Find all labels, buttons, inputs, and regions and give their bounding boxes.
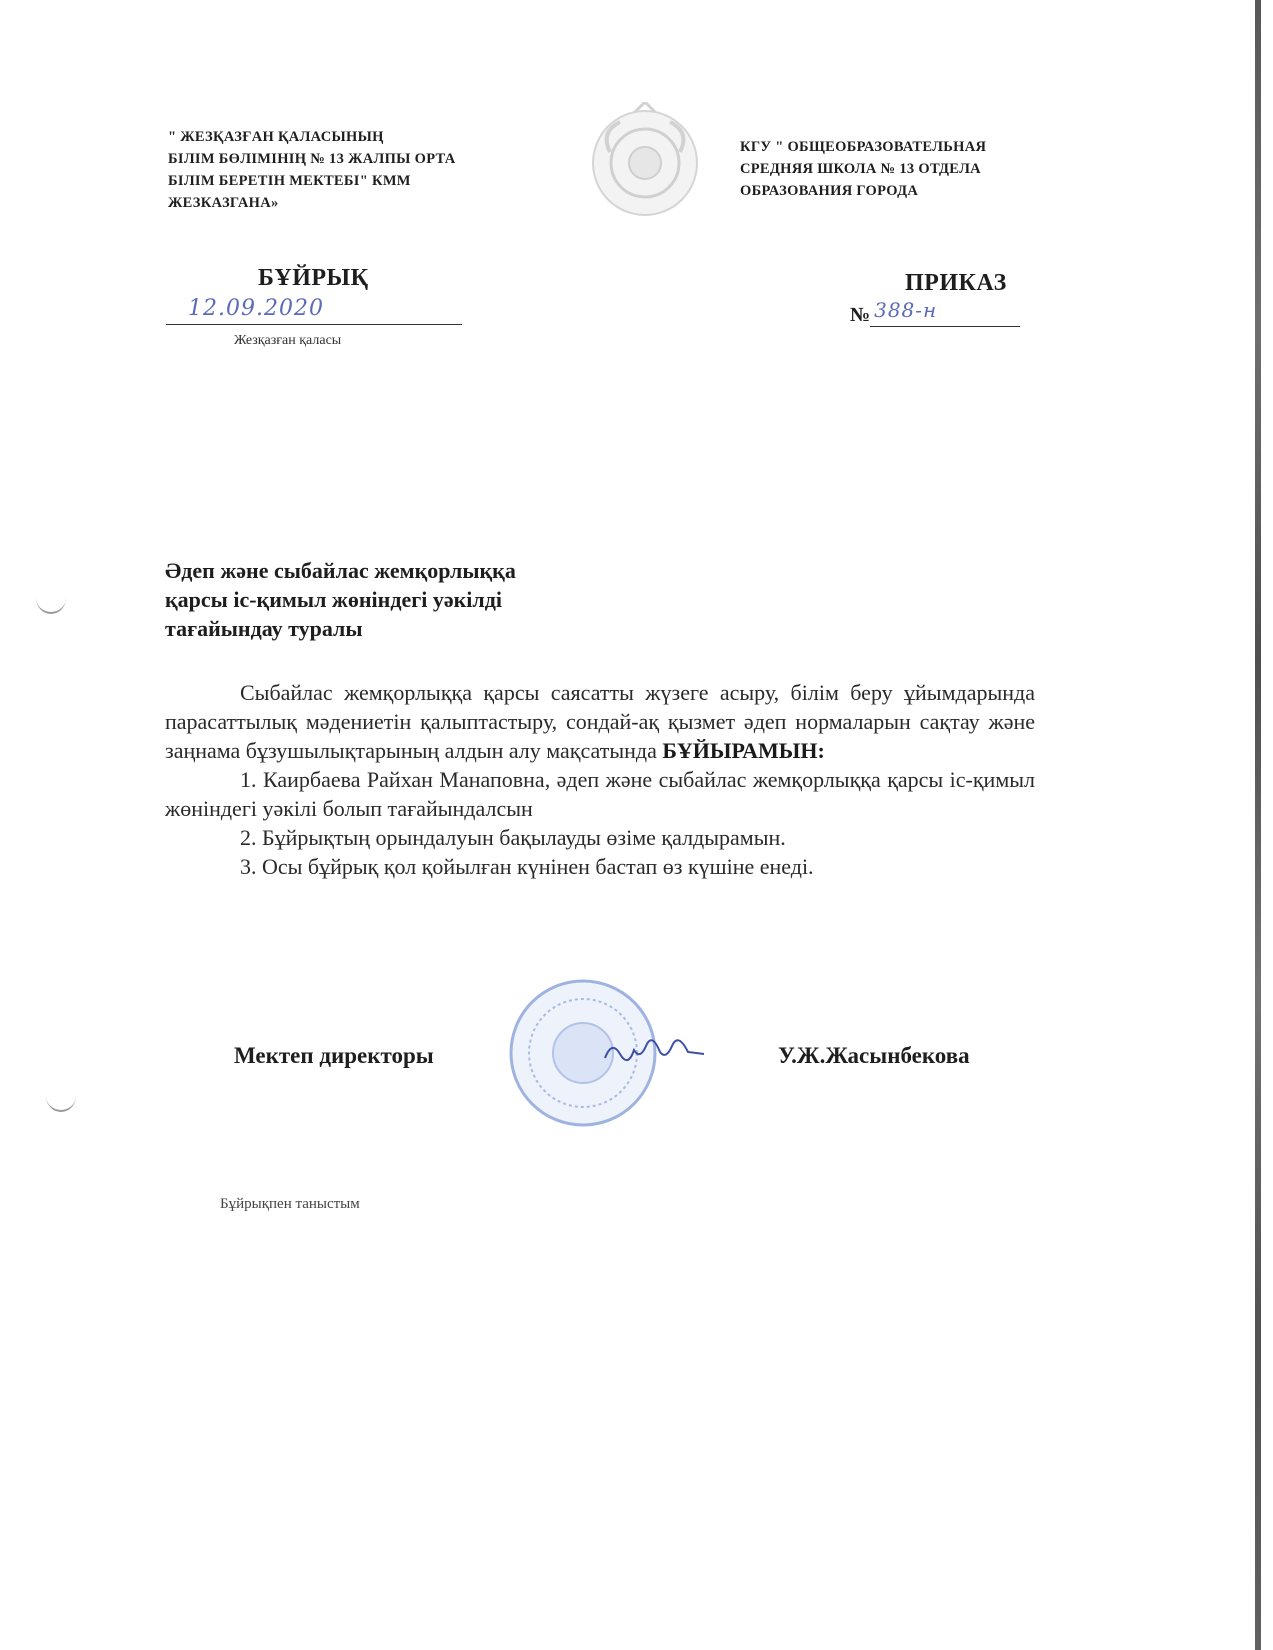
org-line: ОБРАЗОВАНИЯ ГОРОДА	[740, 180, 1080, 202]
header-left-org: " ЖЕЗҚАЗҒАН ҚАЛАСЫНЫҢ БІЛІМ БӨЛІМІНІҢ № …	[168, 126, 558, 214]
order-item: 2. Бұйрықтың орындалуын бақылауды өзіме …	[165, 823, 1035, 852]
org-line: БІЛІМ БЕРЕТІН МЕКТЕБІ" КММ	[168, 170, 558, 192]
state-emblem-icon	[590, 102, 700, 224]
number-underline: 388-н	[870, 300, 1020, 327]
number-sign: №	[850, 304, 870, 327]
order-title-ru: ПРИКАЗ	[905, 270, 1007, 297]
preamble-paragraph: Сыбайлас жемқорлыққа қарсы саясатты жүзе…	[165, 678, 1035, 765]
subject-line: қарсы іс-қимыл жөніндегі уәкілді	[165, 585, 645, 614]
header-right-org: КГУ " ОБЩЕОБРАЗОВАТЕЛЬНАЯ СРЕДНЯЯ ШКОЛА …	[740, 136, 1080, 202]
date-handwritten: 12.09.2020	[188, 296, 324, 321]
order-item: 1. Каирбаева Райхан Манаповна, әдеп және…	[165, 765, 1035, 823]
city-label: Жезқазған қаласы	[234, 333, 341, 349]
order-subject: Әдеп және сыбайлас жемқорлыққа қарсы іс-…	[165, 556, 645, 643]
date-field: 12.09.2020	[166, 298, 462, 325]
number-handwritten: 388-н	[874, 298, 937, 322]
org-line: СРЕДНЯЯ ШКОЛА № 13 ОТДЕЛА	[740, 158, 1080, 180]
signature-name: У.Ж.Жасынбекова	[778, 1043, 970, 1069]
org-line: ЖЕЗКАЗГАНА»	[168, 192, 558, 214]
punch-hole-mark	[36, 582, 66, 614]
punch-hole-mark	[46, 1080, 76, 1112]
order-body: Сыбайлас жемқорлыққа қарсы саясатты жүзе…	[165, 678, 1035, 881]
subject-line: Әдеп және сыбайлас жемқорлыққа	[165, 556, 645, 585]
subject-line: тағайындау туралы	[165, 614, 645, 643]
preamble-text: Сыбайлас жемқорлыққа қарсы саясатты жүзе…	[165, 680, 1035, 763]
scan-edge	[1255, 0, 1261, 1650]
handwritten-signature-icon	[600, 1036, 710, 1066]
org-line: БІЛІМ БӨЛІМІНІҢ № 13 ЖАЛПЫ ОРТА	[168, 148, 558, 170]
org-line: КГУ " ОБЩЕОБРАЗОВАТЕЛЬНАЯ	[740, 136, 1080, 158]
command-text: БҰЙЫРАМЫН:	[662, 738, 824, 763]
acknowledgement-label: Бұйрықпен таныстым	[220, 1196, 360, 1213]
org-line: " ЖЕЗҚАЗҒАН ҚАЛАСЫНЫҢ	[168, 126, 558, 148]
order-title-kz: БҰЙРЫҚ	[258, 265, 369, 292]
signature-position: Мектеп директоры	[234, 1043, 434, 1069]
order-number-field: № 388-н	[850, 300, 1020, 327]
order-item: 3. Осы бұйрық қол қойылған күнінен баста…	[165, 852, 1035, 881]
